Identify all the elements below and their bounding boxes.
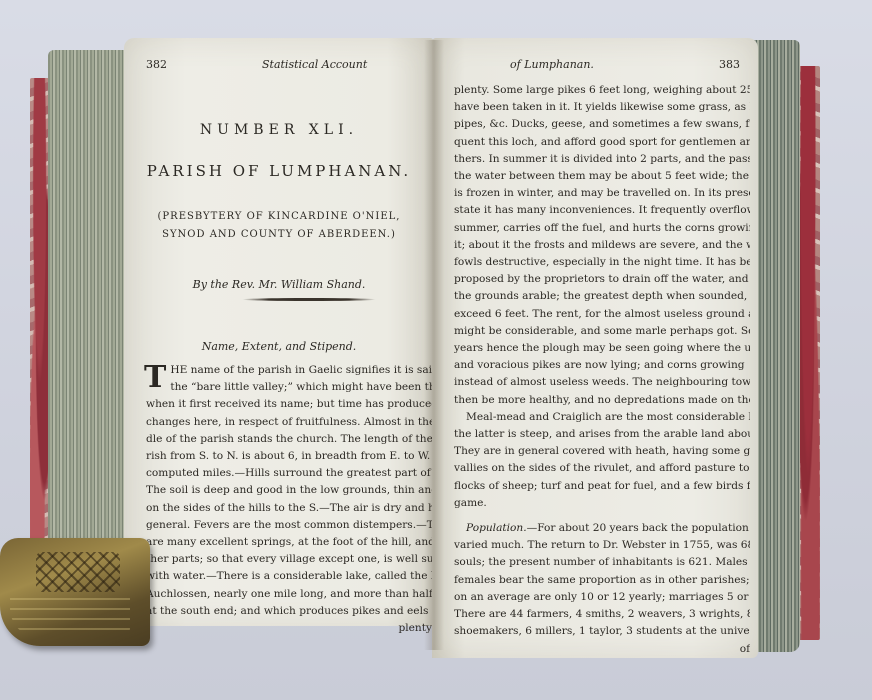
right-page: of Lumphanan. 383 plenty. Some large pik…: [432, 38, 758, 658]
parish-heading: PARISH OF LUMPHANAN.: [124, 162, 434, 180]
text-line: is frozen in winter, and may be travelle…: [454, 185, 750, 202]
text-line: the “bare little valley;” which might ha…: [170, 379, 432, 396]
text-line: then be more healthy, and no depredation…: [454, 392, 750, 409]
text-line: computed miles.—Hills surround the great…: [146, 465, 432, 482]
text-line: pipes, &c. Ducks, geese, and sometimes a…: [454, 116, 750, 133]
text-line: exceed 6 feet. The rent, for the almost …: [454, 306, 750, 323]
section-heading: Name, Extent, and Stipend.: [124, 340, 434, 353]
text-line: game.: [454, 495, 750, 512]
text-line: it; about it the frosts and mildews are …: [454, 237, 750, 254]
text-line: at the south end; and which produces pik…: [146, 603, 432, 620]
text-line: They are in general covered with heath, …: [454, 443, 750, 460]
text-line: The soil is deep and good in the low gro…: [146, 482, 432, 499]
text-line: fowls destructive, especially in the nig…: [454, 254, 750, 271]
page-edges-left: [48, 50, 128, 605]
text-line: summer, carries off the fuel, and hurts …: [454, 220, 750, 237]
text-line: rish from S. to N. is about 6, in breadt…: [146, 448, 432, 465]
text-line: proposed by the proprietors to drain off…: [454, 271, 750, 288]
text-line: on an average are only 10 or 12 yearly; …: [454, 589, 750, 606]
text-line: years hence the plough may be seen going…: [454, 340, 750, 357]
number-heading: NUMBER XLI.: [124, 122, 434, 138]
text-line: ther parts; so that every village except…: [146, 551, 432, 568]
text-line: Meal-mead and Craiglich are the most con…: [454, 409, 750, 426]
text-line: on the sides of the hills to the S.—The …: [146, 500, 432, 517]
text-line: might be considerable, and some marle pe…: [454, 323, 750, 340]
left-body-text: T HE name of the parish in Gaelic signif…: [146, 362, 432, 637]
text-line: when it first received its name; but tim…: [146, 396, 432, 413]
right-body-text: plenty. Some large pikes 6 feet long, we…: [454, 82, 750, 658]
text-line: females bear the same proportion as in o…: [454, 572, 750, 589]
text-line: the latter is steep, and arises from the…: [454, 426, 750, 443]
text-line: vallies on the sides of the rivulet, and…: [454, 460, 750, 477]
population-label: Population.: [466, 522, 527, 534]
text-line: HE name of the parish in Gaelic signifie…: [170, 362, 432, 379]
ornamental-rule: [242, 298, 376, 301]
running-title-right: of Lumphanan.: [510, 58, 594, 71]
text-line: quent this loch, and afford good sport f…: [454, 134, 750, 151]
text-line: dle of the parish stands the church. The…: [146, 431, 432, 448]
brass-hand-bookweight: [0, 538, 150, 646]
text-line: state it has many inconveniences. It fre…: [454, 202, 750, 219]
page-number-left: 382: [146, 58, 167, 71]
paragraph-gap: [454, 512, 750, 520]
text-line: shoemakers, 6 millers, 1 taylor, 3 stude…: [454, 623, 750, 640]
text-line: souls; the present number of inhabitants…: [454, 554, 750, 571]
text-line: and voracious pikes are now lying; and c…: [454, 357, 750, 374]
text-line: have been taken in it. It yields likewis…: [454, 99, 750, 116]
drop-cap: T: [144, 364, 166, 392]
text-line: Auchlossen, nearly one mile long, and mo…: [146, 586, 432, 603]
book-photo: 382 Statistical Account NUMBER XLI. PARI…: [0, 0, 872, 700]
text-line: plenty. Some large pikes 6 feet long, we…: [454, 82, 750, 99]
presbytery-line: (PRESBYTERY OF KINCARDINE O'NIEL, SYNOD …: [124, 208, 434, 244]
population-text: —For about 20 years back the population …: [527, 522, 750, 534]
text-line: thers. In summer it is divided into 2 pa…: [454, 151, 750, 168]
left-page: 382 Statistical Account NUMBER XLI. PARI…: [124, 38, 434, 626]
author-byline: By the Rev. Mr. William Shand.: [124, 278, 434, 291]
hand-cuff-pattern: [36, 552, 120, 592]
text-line: changes here, in respect of fruitfulness…: [146, 414, 432, 431]
text-line: the grounds arable; the greatest depth w…: [454, 288, 750, 305]
page-edges-right: [752, 40, 800, 652]
catchword: of: [454, 641, 750, 658]
catchword: plenty: [146, 620, 432, 637]
text-line: There are 44 farmers, 4 smiths, 2 weaver…: [454, 606, 750, 623]
running-title-left: Statistical Account: [262, 58, 367, 71]
page-number-right: 383: [719, 58, 740, 71]
text-line: with water.—There is a considerable lake…: [146, 568, 432, 585]
hand-fingers: [10, 598, 130, 638]
book-gutter: [424, 40, 444, 650]
text-line: flocks of sheep; turf and peat for fuel,…: [454, 478, 750, 495]
text-line: general. Fevers are the most common dist…: [146, 517, 432, 534]
text-line: the water between them may be about 5 fe…: [454, 168, 750, 185]
text-line: varied much. The return to Dr. Webster i…: [454, 537, 750, 554]
text-line: instead of almost useless weeds. The nei…: [454, 374, 750, 391]
text-line: are many excellent springs, at the foot …: [146, 534, 432, 551]
text-line: Population.—For about 20 years back the …: [454, 520, 750, 537]
